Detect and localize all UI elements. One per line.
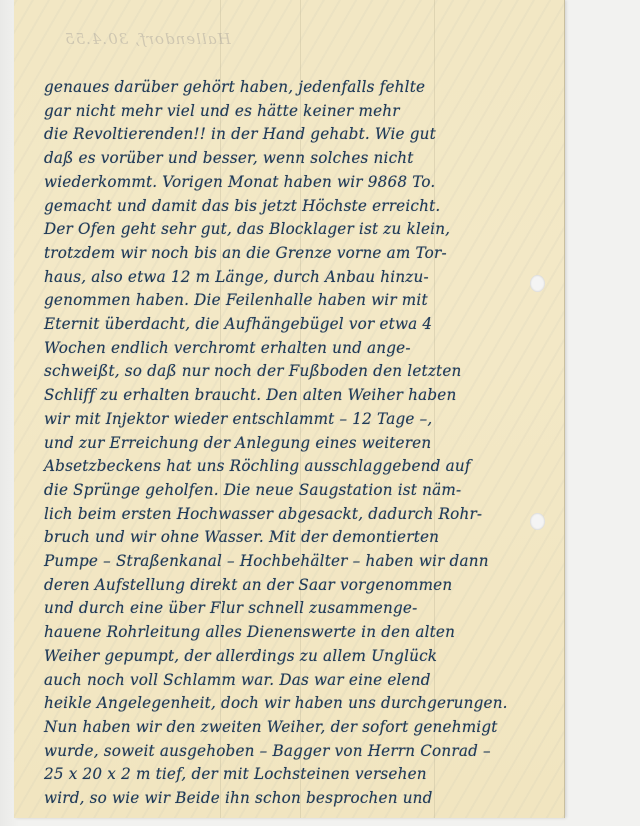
text-line: gemacht und damit das bis jetzt Höchste … (44, 197, 534, 215)
text-line: Schliff zu erhalten braucht. Den alten W… (44, 386, 534, 404)
text-line: gar nicht mehr viel und es hätte keiner … (44, 102, 534, 120)
text-line: Absetzbeckens hat uns Röchling ausschlag… (44, 457, 534, 475)
bleed-through-header: Hallendorf, 30.4.55 (64, 30, 231, 48)
text-line: Wochen endlich verchromt erhalten und an… (44, 339, 534, 357)
text-line: die Sprünge geholfen. Die neue Saugstati… (44, 481, 534, 499)
text-line: Nun haben wir den zweiten Weiher, der so… (44, 718, 534, 736)
text-line: hauene Rohrleitung alles Dienenswerte in… (44, 623, 534, 641)
text-line: daß es vorüber und besser, wenn solches … (44, 149, 534, 167)
text-line: lich beim ersten Hochwasser abgesackt, d… (44, 505, 534, 523)
text-line: Eternit überdacht, die Aufhängebügel vor… (44, 315, 534, 333)
text-line: schweißt, so daß nur noch der Fußboden d… (44, 362, 534, 380)
text-line: haus, also etwa 12 m Länge, durch Anbau … (44, 268, 534, 286)
text-line: trotzdem wir noch bis an die Grenze vorn… (44, 244, 534, 262)
text-line: bruch und wir ohne Wasser. Mit der demon… (44, 528, 534, 546)
text-line: genaues darüber gehört haben, jedenfalls… (44, 78, 534, 96)
text-line: wird, so wie wir Beide ihn schon besproc… (44, 789, 534, 807)
text-line: heikle Angelegenheit, doch wir haben uns… (44, 694, 534, 712)
text-line: und durch eine über Flur schnell zusamme… (44, 599, 534, 617)
text-line: wir mit Injektor wieder entschlammt – 12… (44, 410, 534, 428)
text-line: wurde, soweit ausgehoben – Bagger von He… (44, 742, 534, 760)
text-line: wiederkommt. Vorigen Monat haben wir 986… (44, 173, 534, 191)
text-line: 25 x 20 x 2 m tief, der mit Lochsteinen … (44, 765, 534, 783)
text-line: deren Aufstellung direkt an der Saar vor… (44, 576, 534, 594)
text-line: auch noch voll Schlamm war. Das war eine… (44, 671, 534, 689)
text-line: Der Ofen geht sehr gut, das Blocklager i… (44, 220, 534, 238)
text-line: Weiher gepumpt, der allerdings zu allem … (44, 647, 534, 665)
text-line: die Revoltierenden!! in der Hand gehabt.… (44, 125, 534, 143)
text-line: Pumpe – Straßenkanal – Hochbehälter – ha… (44, 552, 534, 570)
text-line: und zur Erreichung der Anlegung eines we… (44, 434, 534, 452)
text-line: genommen haben. Die Feilenhalle haben wi… (44, 291, 534, 309)
